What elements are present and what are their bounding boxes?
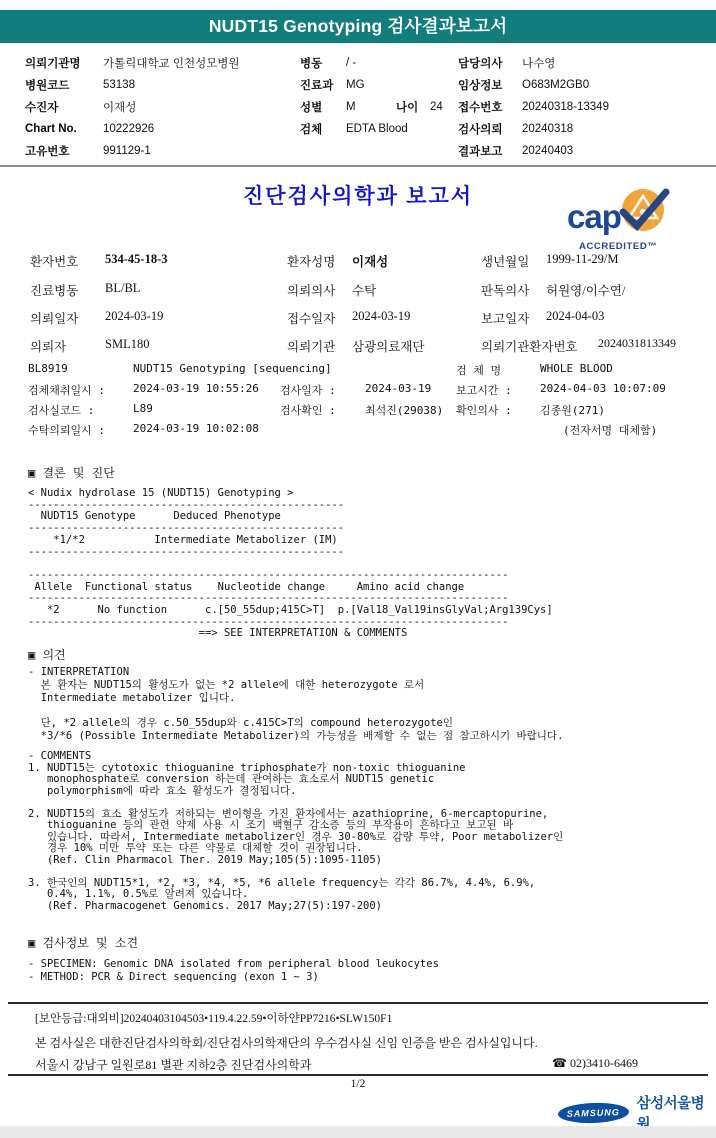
request-date-label: 의뢰일자 — [30, 309, 78, 327]
order-info-col-right: 담당의사 나수영 임상정보 O683M2GB0 접수번호 20240318-13… — [458, 52, 609, 162]
requester-value: SML180 — [105, 337, 149, 352]
patient-id-label: 환자번호 — [30, 252, 78, 270]
cap-logo-graphic: cap — [565, 188, 675, 244]
field-value: / - — [346, 57, 356, 69]
security-classification-line: [보안등급:대외비]20240403104503•119.4.22.59•이하얀… — [35, 1010, 392, 1026]
field-ward: 병동 / - — [300, 52, 443, 74]
referring-doctor-value: 수탁 — [352, 281, 376, 299]
comments-text: - COMMENTS 1. NUDT15는 cytotoxic thioguan… — [28, 751, 563, 912]
lab-certification-line: 본 검사실은 대한진단검사의학회/진단검사의학재단의 우수검사실 신임 인증을 … — [35, 1034, 538, 1051]
field-value: 나수영 — [522, 55, 555, 71]
field-value: 991129-1 — [103, 145, 151, 157]
order-info-col-middle: 병동 / - 진료과 MG 성별 M 나이 24 검체 EDTA Blood — [300, 52, 443, 140]
org-patient-no-value: 2024031813349 — [598, 337, 694, 350]
test-date-value: 2024-03-19 — [365, 382, 431, 395]
patient-name-value: 이재성 — [352, 252, 388, 270]
field-value: O683M2GB0 — [522, 79, 589, 91]
field-value: 53138 — [103, 79, 135, 91]
field-chart-no: Chart No. 10222926 — [25, 118, 240, 140]
lab-code-label: 검사실코드 : — [28, 402, 94, 418]
meta-row-labcode: 검사실코드 : L89 검사확인 : 최석진(29038) 확인의사 : 김종원… — [28, 402, 700, 422]
field-label: 병원코드 — [25, 77, 103, 93]
field-label: 검체 — [300, 121, 346, 137]
footer-top-rule — [8, 1002, 708, 1004]
field-label: 담당의사 — [458, 55, 522, 71]
requesting-org-label: 의뢰기관 — [287, 337, 335, 355]
bottom-gray-strip — [0, 1126, 716, 1138]
page-number: 1/2 — [0, 1078, 716, 1090]
genotype-result-table: < Nudix hydrolase 15 (NUDT15) Genotyping… — [28, 488, 553, 640]
field-clinical-info: 임상정보 O683M2GB0 — [458, 74, 609, 96]
field-accession-no: 접수번호 20240318-13349 — [458, 96, 609, 118]
field-specimen: 검체 EDTA Blood — [300, 118, 443, 140]
field-value: 가톨릭대학교 인천성모병원 — [103, 55, 240, 71]
org-patient-no-label: 의뢰기관환자번호 — [481, 337, 578, 355]
ward-label: 진료병동 — [30, 281, 78, 299]
referring-doctor-label: 의뢰의사 — [287, 281, 335, 299]
lab-code-value: L89 — [133, 402, 153, 415]
field-label: 결과보고 — [458, 143, 522, 159]
lab-phone: ☎ 02)3410-6469 — [552, 1056, 638, 1071]
field-value: 20240318 — [522, 123, 573, 135]
cap-word: cap — [567, 198, 621, 235]
testinfo-heading: ▣ 검사정보 및 소견 — [28, 934, 138, 951]
collection-datetime-label: 검체채취일시 : — [28, 382, 105, 398]
field-value: MG — [346, 79, 365, 91]
field-result-reported-date: 결과보고 20240403 — [458, 140, 609, 162]
field-label: 검사의뢰 — [458, 121, 522, 137]
field-department: 진료과 MG — [300, 74, 443, 96]
field-label: 병동 — [300, 55, 346, 71]
specimen-name-value: WHOLE BLOOD — [540, 362, 613, 375]
table-row: 의뢰자 SML180 의뢰기관 삼광의료재단 의뢰기관환자번호 20240318… — [0, 337, 716, 363]
requester-label: 의뢰자 — [30, 337, 66, 355]
field-hospital-code: 병원코드 53138 — [25, 74, 240, 96]
field-value: EDTA Blood — [346, 123, 408, 135]
test-date-label: 검사일자 : — [280, 382, 336, 398]
reviewing-doctor-value: 허원영/이수연/ — [546, 281, 625, 299]
field-doctor-in-charge: 담당의사 나수영 — [458, 52, 609, 74]
ward-value: BL/BL — [105, 281, 140, 296]
report-time-label: 보고시간 : — [456, 382, 512, 398]
field-label: 임상정보 — [458, 77, 522, 93]
age-value: 24 — [430, 101, 443, 113]
field-value: 20240403 — [522, 145, 573, 157]
field-examinee: 수진자 이재성 — [25, 96, 240, 118]
meta-row-referral: 수탁의뢰일시 : 2024-03-19 10:02:08 (전자서명 대체함) — [28, 422, 700, 442]
test-verifier-value: 최석진(29038) — [365, 402, 443, 418]
specimen-name-label: 검 체 명 — [456, 362, 501, 378]
field-test-requested-date: 검사의뢰 20240318 — [458, 118, 609, 140]
field-unique-no: 고유번호 991129-1 — [25, 140, 240, 162]
report-date-label: 보고일자 — [481, 309, 529, 327]
specimen-meta-block: BL8919 NUDT15 Genotyping [sequencing] 검 … — [28, 362, 700, 442]
interpretation-text: - INTERPRETATION 본 환자는 NUDT15의 활성도가 없는 *… — [28, 666, 563, 743]
table-row: 환자번호 534-45-18-3 환자성명 이재성 생년월일 1999-11-2… — [0, 252, 716, 278]
report-title-text: NUDT15 Genotyping 검사결과보고서 — [209, 16, 507, 36]
meta-row-test: BL8919 NUDT15 Genotyping [sequencing] 검 … — [28, 362, 700, 382]
field-value: 10222926 — [103, 123, 154, 135]
header-divider — [0, 165, 716, 167]
report-page: NUDT15 Genotyping 검사결과보고서 의뢰기관명 가톨릭대학교 인… — [0, 0, 716, 1138]
field-requesting-org: 의뢰기관명 가톨릭대학교 인천성모병원 — [25, 52, 240, 74]
field-label: 성별 — [300, 99, 346, 115]
opinion-heading: ▣ 의견 — [28, 646, 66, 663]
birthdate-label: 생년월일 — [481, 252, 529, 270]
report-time-value: 2024-04-03 10:07:09 — [540, 382, 666, 395]
test-code: BL8919 — [28, 362, 68, 375]
field-label: 고유번호 — [25, 143, 103, 159]
order-info-col-left: 의뢰기관명 가톨릭대학교 인천성모병원 병원코드 53138 수진자 이재성 C… — [25, 52, 240, 162]
reviewing-doctor-label: 판독의사 — [481, 281, 529, 299]
samsung-logo-text: SAMSUNG — [567, 1107, 620, 1119]
field-label: Chart No. — [25, 123, 103, 135]
field-label: 진료과 — [300, 77, 346, 93]
referral-datetime-label: 수탁의뢰일시 : — [28, 422, 105, 438]
age-label: 나이 — [396, 99, 430, 115]
confirming-doctor-label: 확인의사 : — [456, 402, 512, 418]
field-label: 의뢰기관명 — [25, 55, 103, 71]
lab-address: 서울시 강남구 일원로81 별관 지하2층 진단검사의학과 — [35, 1056, 311, 1073]
specimen-method-text: - SPECIMEN: Genomic DNA isolated from pe… — [28, 958, 439, 983]
field-value: 이재성 — [103, 99, 136, 115]
requesting-org-value: 삼광의료재단 — [352, 337, 424, 355]
cap-accredited-logo: cap ACCREDITED™ — [565, 188, 675, 252]
footer-bottom-rule — [8, 1074, 708, 1076]
patient-name-label: 환자성명 — [287, 252, 335, 270]
report-title-bar: NUDT15 Genotyping 검사결과보고서 — [0, 10, 716, 43]
referral-datetime-value: 2024-03-19 10:02:08 — [133, 422, 259, 435]
receipt-date-value: 2024-03-19 — [352, 309, 410, 324]
table-row: 진료병동 BL/BL 의뢰의사 수탁 판독의사 허원영/이수연/ — [0, 281, 716, 307]
table-row: 의뢰일자 2024-03-19 접수일자 2024-03-19 보고일자 202… — [0, 309, 716, 335]
confirming-doctor-value: 김종원(271) — [540, 402, 605, 418]
conclusion-heading: ▣ 결론 및 진단 — [28, 464, 115, 481]
collection-datetime-value: 2024-03-19 10:55:26 — [133, 382, 259, 395]
birthdate-value: 1999-11-29/M — [546, 252, 618, 267]
request-date-value: 2024-03-19 — [105, 309, 163, 324]
esignature-note: (전자서명 대체함) — [563, 422, 657, 438]
receipt-date-label: 접수일자 — [287, 309, 335, 327]
field-value: 20240318-13349 — [522, 101, 609, 113]
field-value: M — [346, 101, 378, 113]
test-name: NUDT15 Genotyping [sequencing] — [133, 362, 332, 375]
field-label: 접수번호 — [458, 99, 522, 115]
test-verifier-label: 검사확인 : — [280, 402, 336, 418]
field-label: 수진자 — [25, 99, 103, 115]
patient-id-value: 534-45-18-3 — [105, 252, 168, 267]
meta-row-collection: 검체채취일시 : 2024-03-19 10:55:26 검사일자 : 2024… — [28, 382, 700, 402]
field-sex-age: 성별 M 나이 24 — [300, 96, 443, 118]
samsung-logo-icon: SAMSUNG — [558, 1102, 629, 1124]
report-date-value: 2024-04-03 — [546, 309, 604, 324]
